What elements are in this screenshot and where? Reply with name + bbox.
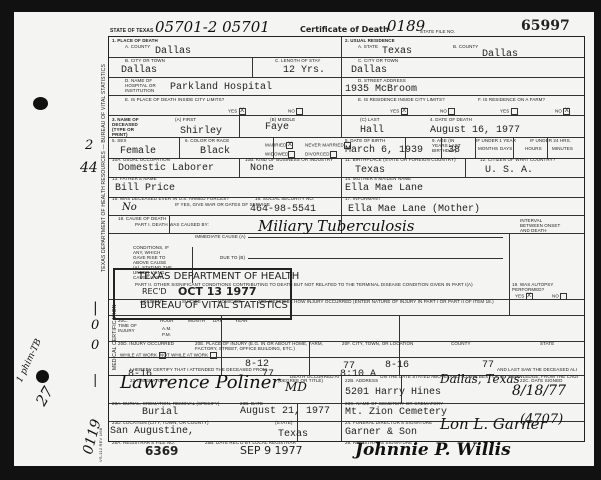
cause-line-a bbox=[248, 237, 503, 238]
pod-inside-yes[interactable]: YES X bbox=[228, 108, 246, 115]
sex: Female bbox=[120, 146, 156, 157]
cause-line-b bbox=[248, 258, 503, 259]
res-state: Texas bbox=[382, 46, 412, 57]
date-signed: 8/18/77 bbox=[512, 383, 566, 399]
certificate-number: 65997 bbox=[521, 18, 570, 34]
residence-label: 2. Usual Residence bbox=[345, 38, 395, 43]
punch-hole bbox=[33, 97, 48, 110]
address-label: 22b. Address bbox=[345, 378, 378, 383]
length-of-stay: 12 Yrs. bbox=[283, 65, 325, 76]
address-handwritten: Dallas, Texas bbox=[440, 372, 520, 386]
under1-months: Months bbox=[478, 146, 498, 151]
res-state-label: a. State bbox=[358, 44, 378, 49]
dob: March 6, 1939 bbox=[345, 145, 423, 156]
autopsy-yes[interactable]: YES X bbox=[515, 293, 533, 300]
margin-dashes: 0 bbox=[91, 338, 99, 353]
date-of-death-label: 4. Date of Death bbox=[430, 117, 472, 122]
state-file-label: State File No. bbox=[420, 29, 455, 34]
place-of-injury-label: 20e. Place of Injury (e.g. in or about h… bbox=[195, 341, 330, 351]
hospital: Parkland Hospital bbox=[170, 82, 272, 93]
date-of-death: August 16, 1977 bbox=[430, 125, 520, 136]
immediate-cause: Miliary Tuberculosis bbox=[258, 217, 415, 235]
funeral-license: (4707) bbox=[520, 412, 563, 427]
burial-state-label: (State) bbox=[275, 420, 293, 425]
stamp-bureau: BUREAU OF VITAL STATISTICS bbox=[140, 300, 288, 311]
handwritten-numbers: 05701-2 05701 bbox=[155, 18, 270, 36]
under24-label: If Under 24 Hrs. bbox=[530, 138, 571, 143]
immediate-label: Immediate Cause (a) bbox=[195, 234, 246, 239]
pod-city: Dallas bbox=[121, 65, 157, 76]
part1-label: Part I. Death was caused by: bbox=[135, 222, 209, 227]
ssn: 464-98-5541 bbox=[250, 204, 316, 215]
under1-label: If Under 1 Year bbox=[476, 138, 516, 143]
funeral-director-label: 24. Funeral Director's Signature bbox=[345, 420, 432, 425]
marital-never[interactable]: Never Married bbox=[305, 142, 351, 149]
dob-label: 8. Date of Birth bbox=[345, 138, 385, 143]
res-county: Dallas bbox=[482, 49, 518, 60]
burial-city: San Augustine, bbox=[110, 426, 194, 437]
state-label: State of Texas bbox=[110, 29, 153, 34]
under24-minutes: Minutes bbox=[552, 146, 573, 151]
street-label: d. Street Address bbox=[358, 78, 406, 83]
first-name: Shirley bbox=[180, 126, 222, 137]
industry-label: 10b. Kind of Business or Industry bbox=[245, 157, 333, 162]
father: Bill Price bbox=[115, 183, 175, 194]
injury-state-label: State bbox=[540, 341, 554, 346]
farm-yes[interactable]: YES bbox=[500, 108, 518, 115]
length-of-stay-label: c. Length of Stay bbox=[275, 58, 321, 63]
father-label: 13. Father's Name bbox=[112, 176, 157, 181]
race-label: 6. Color or Race bbox=[185, 138, 229, 143]
pod-inside-no[interactable]: NO bbox=[288, 108, 303, 115]
under1-days: Days bbox=[500, 146, 512, 151]
burial-state: Texas bbox=[278, 429, 308, 440]
place-of-death-label: 1. Place of Death bbox=[112, 38, 158, 43]
funeral-home: Garner & Son bbox=[345, 427, 417, 438]
armed-forces-label: 15. Was Deceased Ever in U.S. Armed Forc… bbox=[112, 196, 229, 201]
burial-method-label: 23a. Burial, Cremation, Removal (Specify… bbox=[112, 401, 220, 406]
form-code: VS-112 REV 1/68 bbox=[98, 428, 103, 462]
middle-name: Faye bbox=[265, 122, 289, 133]
punch-hole bbox=[36, 370, 49, 383]
birthplace-label: 11. Birthplace (State or foreign country… bbox=[345, 157, 456, 162]
burial-location-label: 23d. Location (City, town, or county) bbox=[112, 420, 209, 425]
ampm-am: a.m. bbox=[162, 326, 172, 331]
registrar-file-no: 6369 bbox=[145, 444, 178, 458]
last-name-label: (c) Last bbox=[360, 117, 380, 122]
cemetery: Mt. Zion Cemetery bbox=[345, 407, 447, 418]
injury-county-label: County bbox=[451, 341, 471, 346]
margin-dashes: 0 bbox=[91, 318, 99, 333]
res-inside-yes[interactable]: YES X bbox=[390, 108, 408, 115]
first-name-label: (a) First bbox=[175, 117, 196, 122]
mother: Ella Mae Lane bbox=[345, 183, 423, 194]
interval-label: Interval between onset and death bbox=[520, 218, 565, 233]
informant: Ella Mae Lane (Mother) bbox=[348, 204, 480, 215]
pod-city-label: b. City or Town bbox=[125, 58, 165, 63]
autopsy-label: 19. Was Autopsy Performed? bbox=[512, 282, 577, 292]
due-to-label: Due to (b) bbox=[220, 255, 245, 260]
registrar-date: SEP 9 1977 bbox=[240, 444, 303, 457]
stamp-recd-label: REC'D bbox=[142, 287, 167, 296]
farm-label: f. Is Residence on a Farm? bbox=[478, 97, 545, 102]
margin-dashes: | bbox=[93, 300, 98, 316]
citizen: U. S. A. bbox=[485, 165, 533, 176]
race: Black bbox=[200, 146, 230, 157]
res-county-label: b. County bbox=[453, 44, 478, 49]
attended-to: 8-16 bbox=[385, 360, 409, 371]
burial-method: Burial bbox=[142, 407, 178, 418]
margin-note-2: 2 bbox=[85, 138, 93, 153]
farm-no[interactable]: NO X bbox=[555, 108, 570, 115]
last-name: Hall bbox=[360, 125, 384, 136]
ssn-label: 16. Social Security No. bbox=[255, 196, 314, 201]
age: 38 bbox=[448, 145, 460, 156]
vertical-dept-label: Texas Department of Health Resources — B… bbox=[101, 64, 107, 272]
cause-label: 18. Cause of Death bbox=[118, 216, 166, 221]
informant-label: 17. Informant bbox=[345, 196, 381, 201]
marital-married[interactable]: MarriedX bbox=[265, 142, 293, 149]
burial-date: August 21, 1977 bbox=[240, 406, 330, 417]
pod-inside-city-label: e. Is Place of Death Inside City Limits? bbox=[125, 97, 224, 102]
margin-dashes: | bbox=[93, 373, 97, 388]
occupation-label: 10a. Usual Occupation bbox=[112, 157, 170, 162]
occupation: Domestic Laborer bbox=[118, 163, 214, 174]
res-city: Dallas bbox=[351, 65, 387, 76]
degree: MD bbox=[285, 380, 307, 394]
while-at-work[interactable]: While at work bbox=[120, 352, 166, 359]
under24-hours: Hours bbox=[525, 146, 542, 151]
physician-address: 5201 Harry Hines bbox=[345, 387, 441, 398]
citizen-label: 12. Citizen of What Country? bbox=[480, 157, 555, 162]
stamp-dept: TEXAS DEPARTMENT OF HEALTH bbox=[138, 271, 299, 282]
physician-signature: Lawrence Poliner bbox=[120, 372, 280, 393]
armed-forces: No bbox=[122, 202, 137, 213]
sex-label: 5. Sex bbox=[112, 138, 127, 143]
injury-occurred-label: 20d. Injury Occurred bbox=[118, 341, 174, 346]
hospital-label: d. Name of Hospital or Institution bbox=[125, 78, 161, 93]
injury-location-label: 20f. City, Town, or Location bbox=[342, 341, 413, 346]
margin-note-44: 44 bbox=[80, 160, 98, 176]
stamp-recd-date: OCT 13 1977 bbox=[178, 285, 257, 298]
describe-injury-label: 20b. Describe how injury occurred (Enter… bbox=[258, 299, 494, 304]
certificate-title: Certificate of Death bbox=[300, 25, 389, 34]
pod-county-label: a. County bbox=[125, 44, 150, 49]
mother-label: 14. Mother's Maiden Name bbox=[345, 176, 411, 181]
res-inside-no[interactable]: NO bbox=[440, 108, 455, 115]
res-inside-city-label: e. Is Residence Inside City Limits? bbox=[358, 97, 445, 102]
res-street: 1935 McBroom bbox=[345, 84, 417, 95]
time-of-injury-label: 20c. Time of Injury bbox=[118, 318, 140, 333]
cemetery-label: 23c. Name of Cemetery or Crematory bbox=[345, 401, 443, 406]
not-at-work[interactable]: Not while at work bbox=[160, 352, 217, 359]
res-city-label: c. City or Town bbox=[358, 58, 398, 63]
registrar-signature: Johnnie P. Willis bbox=[355, 440, 511, 460]
pod-county: Dallas bbox=[155, 46, 191, 57]
autopsy-no[interactable]: NO bbox=[552, 293, 567, 300]
name-label: 3. Name of Deceased (Type or print) bbox=[112, 117, 150, 137]
birthplace: Texas bbox=[355, 165, 385, 176]
attended-to-year: 77 bbox=[482, 360, 494, 371]
ampm-pm: p.m. bbox=[162, 332, 171, 337]
industry: None bbox=[250, 163, 274, 174]
